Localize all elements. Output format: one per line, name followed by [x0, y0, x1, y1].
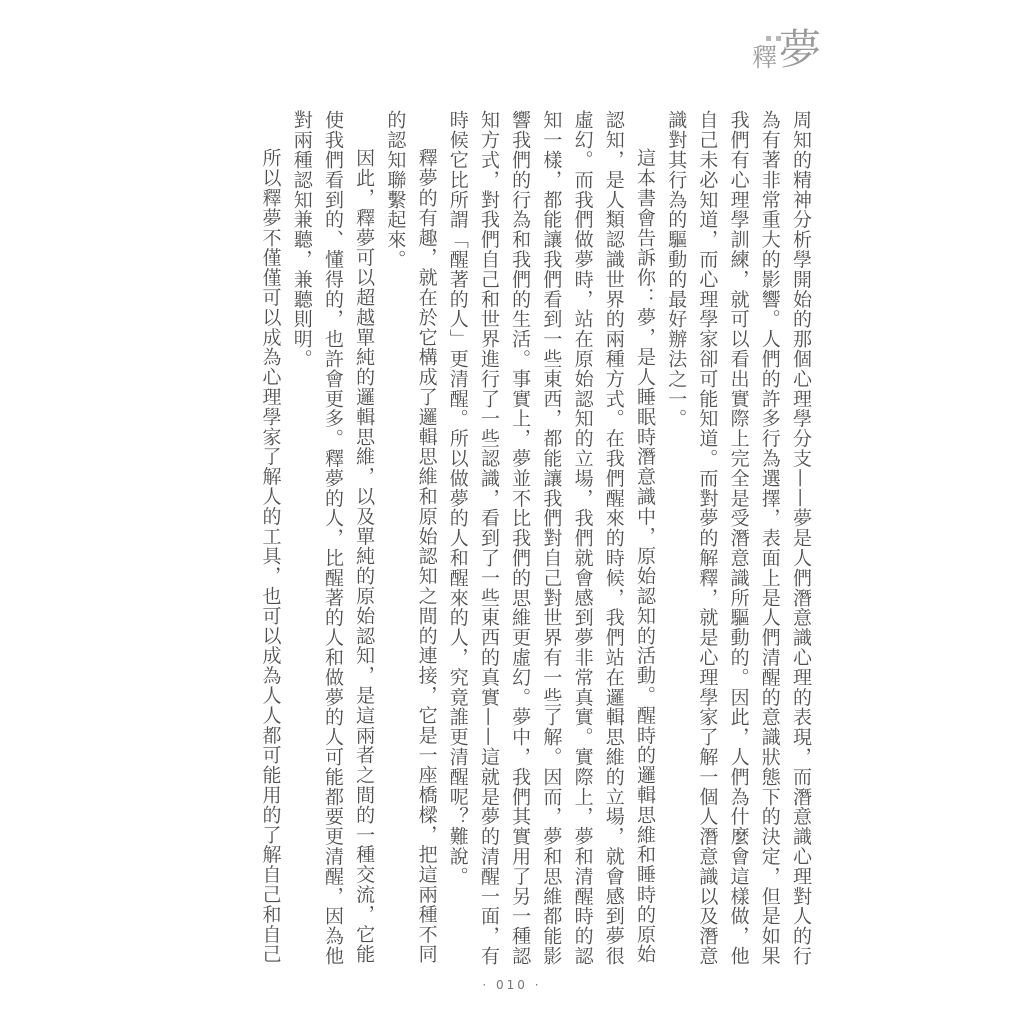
- paragraph: 釋夢的有趣，就在於它構成了邏輯思維和原始認知之間的連接，它是一座橋樑，把這兩種不…: [379, 110, 441, 968]
- logo-large-char: 夢: [779, 30, 821, 70]
- logo-small-char: 釋: [752, 45, 777, 70]
- page-number: · 010 ·: [0, 978, 1024, 992]
- body-text: 周知的精神分析學開始的那個心理學分支——夢是人們潛意識心理的表現，而潛意識心理對…: [254, 110, 816, 968]
- paragraph: 所以釋夢不僅僅可以成為心理學家了解人的工具，也可以成為人人都可能用的了解自己和自…: [254, 110, 285, 968]
- book-logo-left: 釋: [752, 36, 777, 70]
- paragraph: 周知的精神分析學開始的那個心理學分支——夢是人們潛意識心理的表現，而潛意識心理對…: [660, 110, 816, 968]
- book-logo: 釋 夢: [752, 30, 821, 70]
- paragraph: 這本書會告訴你：夢，是人睡眠時潛意識中，原始認知的活動。醒時的邏輯思維和睡時的原…: [442, 110, 660, 968]
- paragraph: 因此，釋夢可以超越單純的邏輯思維，以及單純的原始認知，是這兩者之間的一種交流，它…: [286, 110, 380, 968]
- book-page: 釋 夢 周知的精神分析學開始的那個心理學分支——夢是人們潛意識心理的表現，而潛意…: [0, 0, 1024, 1024]
